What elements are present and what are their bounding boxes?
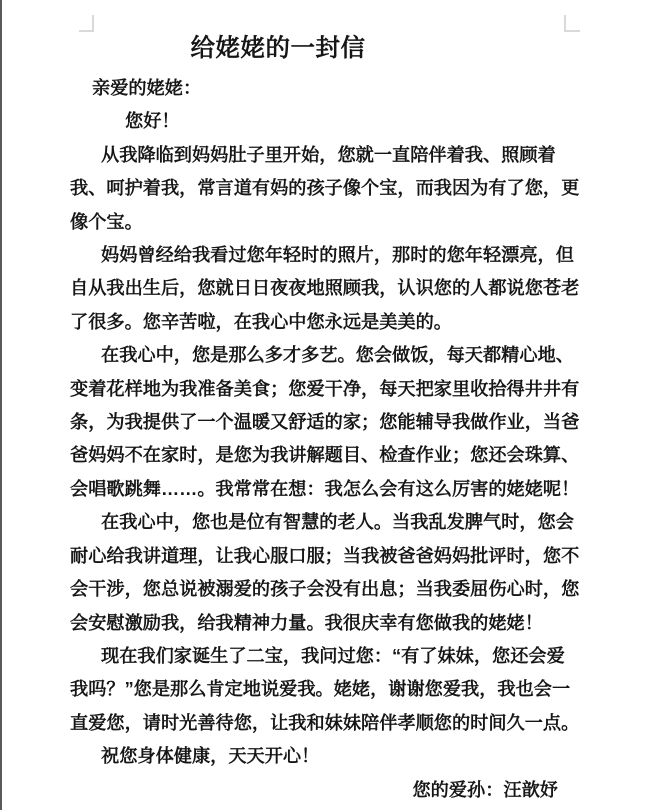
text-line: 妈妈曾经给我看过您年轻时的照片，那时的您年轻漂亮，但	[70, 239, 582, 272]
text-line: 直爱您，请时光善待您，让我和妹妹陪伴孝顺您的时间久一点。	[70, 707, 582, 740]
text-line: 会安慰激励我，给我精神力量。我很庆幸有您做我的姥姥！	[70, 607, 582, 640]
text-line: 我、呵护着我，常言道有妈的孩子像个宝，而我因为有了您，更	[70, 172, 582, 205]
paragraph-body: 在我心中，您是那么多才多艺。您会做饭，每天都精心地、变着花样地为我准备美食；您爱…	[70, 339, 582, 506]
paragraph-body: 在我心中，您也是位有智慧的老人。当我乱发脾气时，您会耐心给我讲道理，让我心服口服…	[70, 506, 582, 640]
text-line: 祝您身体健康，天天开心！	[70, 740, 582, 773]
letter-body: 亲爱的姥姥：您好！从我降临到妈妈肚子里开始，您就一直陪伴着我、照顾着我、呵护着我…	[70, 72, 582, 807]
paragraph-greet: 您好！	[70, 105, 582, 138]
text-line: 耐心给我讲道理，让我心服口服；当我被爸爸妈妈批评时，您不	[70, 540, 582, 573]
text-line: 会唱歌跳舞……。我常常在想：我怎么会有这么厉害的姥姥呢！	[70, 473, 582, 506]
text-line: 自从我出生后，您就日日夜夜地照顾我，认识您的人都说您苍老	[70, 272, 582, 305]
text-line: 爸妈妈不在家时，是您为我讲解题目、检查作业；您还会珠算、	[70, 439, 582, 472]
text-line: 了很多。您辛苦啦，在我心中您永远是美美的。	[70, 306, 582, 339]
text-line: 我吗？”您是那么肯定地说爱我。姥姥，谢谢您爱我，我也会一	[70, 673, 582, 706]
text-line: 条，为我提供了一个温暖又舒适的家；您能辅导我做作业，当爸	[70, 406, 582, 439]
text-line: 您好！	[70, 105, 582, 138]
text-line: 从我降临到妈妈肚子里开始，您就一直陪伴着我、照顾着	[70, 139, 582, 172]
text-line: 像个宝。	[70, 206, 582, 239]
paragraph-sign: 您的爱孙：汪歆妤	[70, 774, 582, 807]
paragraph-body: 从我降临到妈妈肚子里开始，您就一直陪伴着我、照顾着我、呵护着我，常言道有妈的孩子…	[70, 139, 582, 239]
letter-title: 给姥姥的一封信	[2, 33, 554, 65]
paragraph-wish: 祝您身体健康，天天开心！	[70, 740, 582, 773]
paragraph-salute: 亲爱的姥姥：	[70, 72, 582, 105]
text-line: 在我心中，您也是位有智慧的老人。当我乱发脾气时，您会	[70, 506, 582, 539]
margin-mark-top-right-icon	[564, 15, 580, 32]
paragraph-body: 妈妈曾经给我看过您年轻时的照片，那时的您年轻漂亮，但自从我出生后，您就日日夜夜地…	[70, 239, 582, 339]
text-line: 亲爱的姥姥：	[70, 72, 582, 105]
text-line: 会干涉，您总说被溺爱的孩子会没有出息；当我委屈伤心时，您	[70, 573, 582, 606]
document-page: 给姥姥的一封信 亲爱的姥姥：您好！从我降临到妈妈肚子里开始，您就一直陪伴着我、照…	[0, 0, 649, 810]
text-line: 现在我们家诞生了二宝，我问过您：“有了妹妹，您还会爱	[70, 640, 582, 673]
text-line: 变着花样地为我准备美食；您爱干净，每天把家里收拾得井井有	[70, 373, 582, 406]
text-line: 在我心中，您是那么多才多艺。您会做饭，每天都精心地、	[70, 339, 582, 372]
text-line: 您的爱孙：汪歆妤	[70, 774, 582, 807]
paragraph-body: 现在我们家诞生了二宝，我问过您：“有了妹妹，您还会爱我吗？”您是那么肯定地说爱我…	[70, 640, 582, 740]
margin-mark-top-left-icon	[79, 15, 94, 32]
